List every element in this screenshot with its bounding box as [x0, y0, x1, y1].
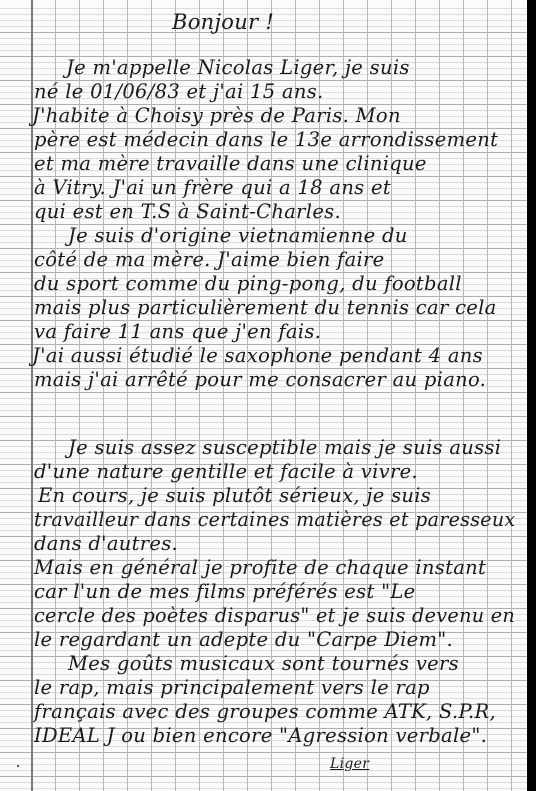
- letter-line-2: né le 01/06/83 et j'ai 15 ans.: [34, 80, 324, 103]
- letter-line-21: car l'un de mes films préférés est "Le: [34, 580, 415, 603]
- letter-line-15: Je suis assez susceptible mais je suis a…: [68, 436, 501, 459]
- letter-line-9: côté de ma mère. J'aime bien faire: [34, 248, 385, 271]
- letter-line-16: d'une nature gentille et facile à vivre.: [34, 460, 418, 483]
- letter-line-23: le regardant un adepte du "Carpe Diem".: [34, 628, 453, 651]
- letter-line-13: J'ai aussi étudié le saxophone pendant 4…: [32, 344, 483, 367]
- letter-line-11: mais plus particulièrement du tennis car…: [34, 296, 497, 319]
- letter-line-24: Mes goûts musicaux sont tournés vers: [68, 652, 459, 675]
- letter-line-6: à Vitry. J'ai un frère qui a 18 ans et: [34, 176, 391, 199]
- letter-line-18: travailleur dans certaines matières et p…: [34, 508, 515, 531]
- letter-line-22: cercle des poètes disparus" et je suis d…: [34, 604, 515, 627]
- letter-line-20: Mais en général je profite de chaque ins…: [34, 556, 486, 579]
- letter-line-25: le rap, mais principalement vers le rap: [34, 676, 430, 699]
- letter-line-1: Je m'appelle Nicolas Liger, je suis: [66, 56, 410, 79]
- letter-line-8: Je suis d'origine vietnamienne du: [68, 224, 408, 247]
- notebook-page: Bonjour ! Je m'appelle Nicolas Liger, je…: [0, 0, 527, 791]
- letter-title: Bonjour !: [172, 10, 274, 34]
- letter-line-12: va faire 11 ans que j'en fais.: [34, 320, 321, 343]
- letter-line-26: français avec des groupes comme ATK, S.P…: [34, 700, 496, 723]
- letter-line-5: et ma mère travaille dans une clinique: [34, 152, 427, 175]
- letter-line-10: du sport comme du ping-pong, du football: [34, 272, 462, 295]
- ink-speck: [17, 765, 19, 767]
- letter-line-14: mais j'ai arrêté pour me consacrer au pi…: [34, 368, 486, 391]
- letter-line-3: J'habite à Choisy près de Paris. Mon: [32, 104, 401, 127]
- letter-line-19: dans d'autres.: [34, 532, 178, 555]
- letter-line-17: En cours, je suis plutôt sérieux, je sui…: [38, 484, 431, 507]
- scan-edge-border: [527, 0, 536, 791]
- signature: Liger: [330, 756, 369, 772]
- letter-line-27: IDEAL J ou bien encore "Agression verbal…: [34, 724, 487, 747]
- letter-line-7: qui est en T.S à Saint-Charles.: [34, 200, 341, 223]
- letter-line-4: père est médecin dans le 13e arrondissem…: [34, 128, 498, 151]
